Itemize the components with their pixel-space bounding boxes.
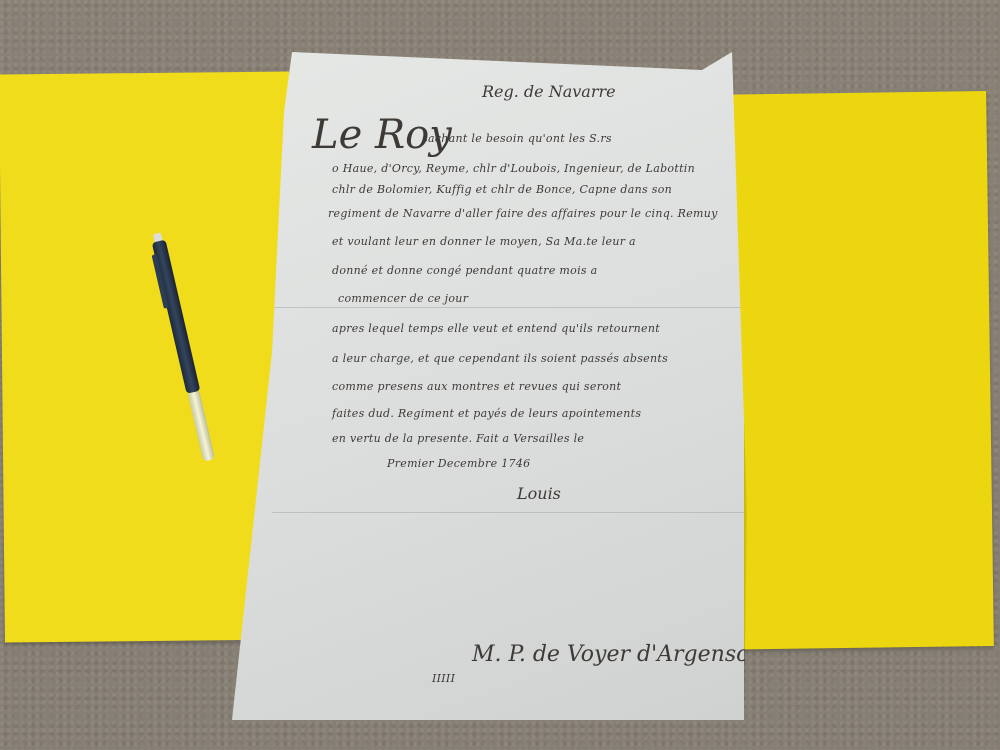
document-heading: Reg. de Navarre bbox=[482, 82, 616, 101]
text-line: apres lequel temps elle veut et entend q… bbox=[332, 322, 660, 335]
manuscript-document: Reg. de Navarre Le Roy sachant le besoin… bbox=[232, 52, 744, 720]
text-line: donné et donne congé pendant quatre mois… bbox=[332, 264, 598, 277]
text-line: en vertu de la presente. Fait a Versaill… bbox=[332, 432, 584, 445]
text-line: sachant le besoin qu'ont les S.rs bbox=[422, 132, 612, 145]
text-line: comme presens aux montres et revues qui … bbox=[332, 380, 621, 393]
text-line: commencer de ce jour bbox=[338, 292, 468, 305]
text-line: a leur charge, et que cependant ils soie… bbox=[332, 352, 668, 365]
text-line: o Haue, d'Orcy, Reyme, chlr d'Loubois, I… bbox=[332, 162, 695, 175]
paper-fold bbox=[272, 512, 744, 513]
text-line: chlr de Bolomier, Kuffig et chlr de Bonc… bbox=[332, 183, 672, 196]
text-line: faites dud. Regiment et payés de leurs a… bbox=[332, 407, 641, 420]
text-line: regiment de Navarre d'aller faire des af… bbox=[328, 207, 718, 220]
countersignature: M. P. de Voyer d'Argenson bbox=[472, 642, 764, 667]
paper-fold bbox=[272, 307, 744, 308]
king-signature: Louis bbox=[517, 484, 561, 503]
text-line: et voulant leur en donner le moyen, Sa M… bbox=[332, 235, 636, 248]
margin-mark: IIIII bbox=[432, 672, 455, 685]
date-line: Premier Decembre 1746 bbox=[387, 457, 530, 470]
